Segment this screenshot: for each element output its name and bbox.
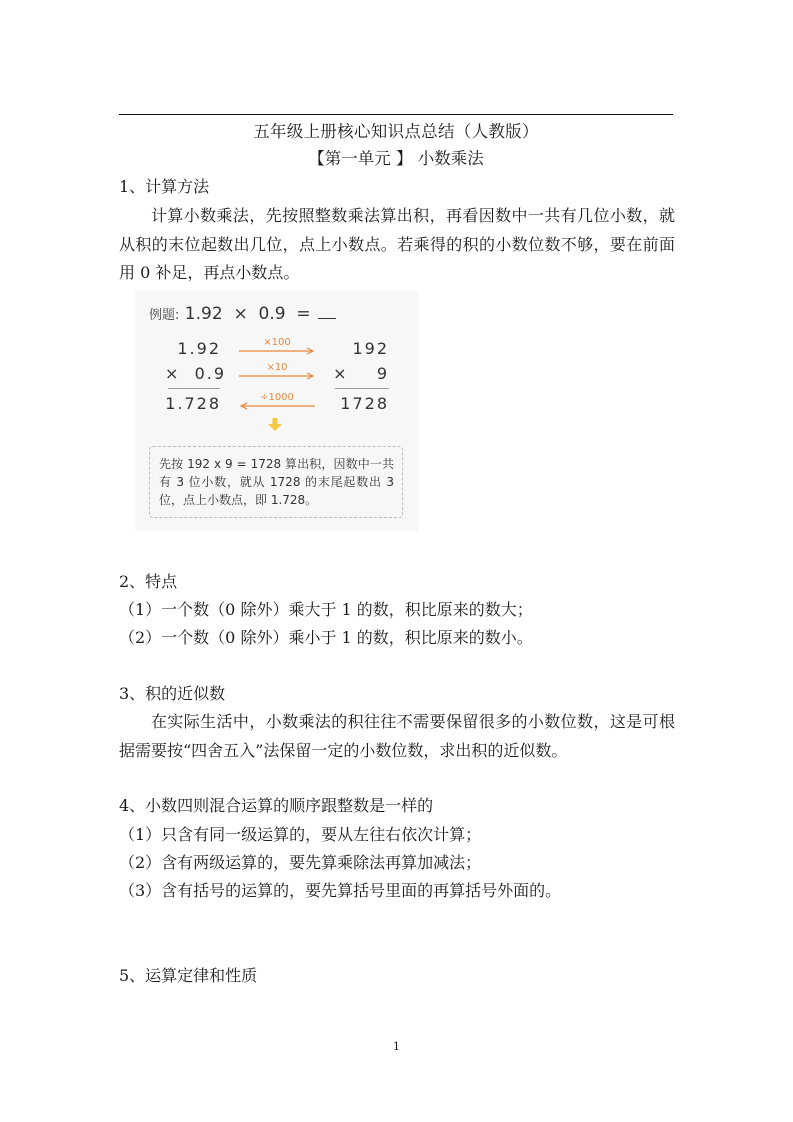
arrow-times-100: ×100 [239,337,315,357]
right-factor-2: × 9 [331,364,389,384]
down-arrow-icon [268,418,282,432]
example-expression: 1.92 × 0.9 = [185,304,311,324]
list-item: （2）一个数（0 除外）乘小于 1 的数，积比原来的数小。 [119,626,533,650]
list-item: （2）含有两级运算的，要先算乘除法再算加减法； [119,851,481,875]
example-header: 例题: 1.92 × 0.9 = [149,303,336,327]
section-heading-1: 1、计算方法 [119,175,209,199]
section-heading-2: 2、特点 [119,570,177,594]
arrow-right-icon [239,347,315,357]
document-title: 五年级上册核心知识点总结（人教版） [119,120,673,144]
example-figure: 例题: 1.92 × 0.9 = 1.92 × 0.9 1.728 ×100 ×… [135,291,418,531]
section-heading-4: 4、小数四则混合运算的顺序跟整数是一样的 [119,794,433,818]
section-heading-5: 5、运算定律和性质 [119,964,257,988]
list-item: （1）只含有同一级运算的，要从左往右依次计算； [119,823,481,847]
section-paragraph-1: 计算小数乘法，先按照整数乘法算出积，再看因数中一共有几位小数，就从积的末位起数出… [119,202,675,288]
left-product-line [168,388,220,389]
arrow-divide-1000: ÷1000 [239,392,315,412]
left-product: 1.728 [165,394,221,414]
header-rule [119,114,673,115]
arrow-times-10: ×10 [239,362,315,382]
unit-subtitle: 【第一单元 】 小数乘法 [119,147,673,171]
page-number: 1 [0,1040,793,1054]
example-label: 例题: [149,308,179,323]
section-heading-3: 3、积的近似数 [119,682,225,706]
arrow-left-icon [239,402,315,412]
left-factor-2: × 0.9 [165,364,221,384]
list-item: （1）一个数（0 除外）乘大于 1 的数，积比原来的数大； [119,598,533,622]
section-paragraph-3: 在实际生活中，小数乘法的积往往不需要保留很多的小数位数，这是可根据需要按“四舍五… [119,708,675,765]
arrow-right-icon [239,372,315,382]
right-factor-1: 192 [331,339,389,359]
left-factor-1: 1.92 [165,339,221,359]
example-explanation: 先按 192 x 9 = 1728 算出积，因数中一共有 3 位小数，就从 17… [149,446,403,518]
right-product-line [335,388,389,389]
right-product: 1728 [331,394,389,414]
list-item: （3）含有括号的运算的，要先算括号里面的再算括号外面的。 [119,879,561,903]
answer-blank [318,318,336,319]
